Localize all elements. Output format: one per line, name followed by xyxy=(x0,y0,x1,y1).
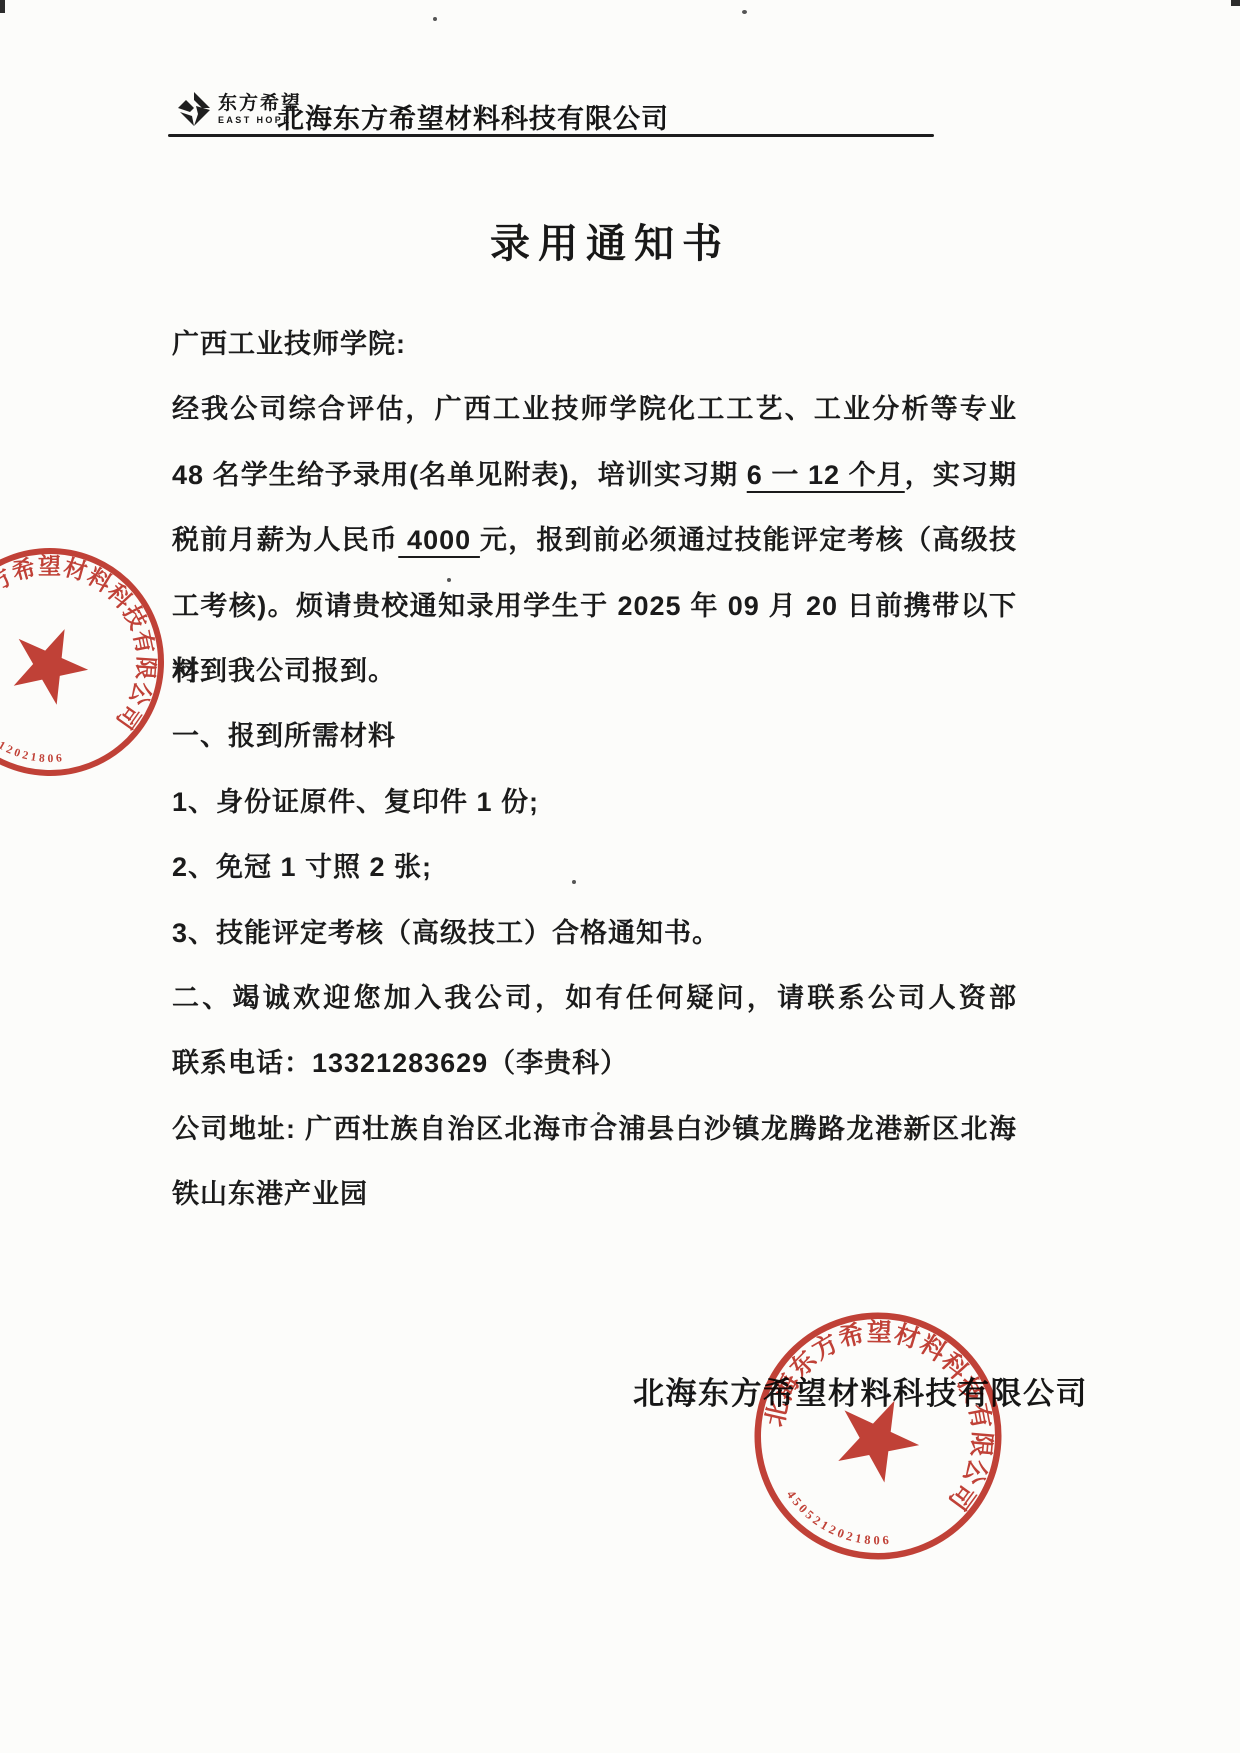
body-line: 工考核)。烦请贵校通知录用学生于 2025 年 09 月 20 日前携带以下材 xyxy=(172,574,1017,639)
body-line: 铁山东港产业园 xyxy=(172,1162,1017,1227)
scan-corner-mark xyxy=(1231,0,1240,6)
letterhead-rule xyxy=(168,134,934,137)
body-line: 48 名学生给予录用(名单见附表)，培训实习期 6 一 12 个月，实习期 xyxy=(172,443,1017,508)
underlined-text-segment: 4000 xyxy=(398,525,480,555)
scan-speck xyxy=(433,17,437,21)
body-line: 一、报到所需材料 xyxy=(172,704,1017,769)
scan-speck xyxy=(447,578,451,582)
body-line: 1、身份证原件、复印件 1 份; xyxy=(172,770,1017,835)
body-line: 广西工业技师学院: xyxy=(172,312,1017,377)
text-segment: 1、身份证原件、复印件 1 份; xyxy=(172,787,539,817)
text-segment: 铁山东港产业园 xyxy=(172,1179,368,1209)
seal-star-icon xyxy=(824,1383,932,1489)
scanned-letter-page: 东方希望 EAST HOPE 北海东方希望材料科技有限公司 录用通知书 广西工业… xyxy=(0,0,1240,1753)
body-line: 2、免冠 1 寸照 2 张; xyxy=(172,835,1017,900)
body-line: 公司地址: 广西壮族自治区北海市合浦县白沙镇龙腾路龙港新区北海 xyxy=(172,1097,1017,1162)
seal-star-icon xyxy=(0,614,99,711)
scan-speck xyxy=(597,1112,600,1115)
text-segment: 经我公司综合评估，广西工业技师学院化工工艺、工业分析等专业 xyxy=(172,394,1017,424)
body-line: 联系电话：13321283629（李贵科） xyxy=(172,1031,1017,1096)
text-segment: ，实习期 xyxy=(905,460,1017,490)
text-segment: 48 名学生给予录用(名单见附表)，培训实习期 xyxy=(172,460,747,490)
scan-corner-mark xyxy=(0,0,5,13)
letterhead: 东方希望 EAST HOPE 北海东方希望材料科技有限公司 xyxy=(0,0,1240,145)
body-line: 经我公司综合评估，广西工业技师学院化工工艺、工业分析等专业 xyxy=(172,377,1017,442)
scan-speck xyxy=(572,880,576,884)
text-segment: 税前月薪为人民币 xyxy=(172,525,398,555)
text-segment: 元，报到前必须通过技能评定考核（高级技 xyxy=(480,525,1017,555)
body-line: 料到我公司报到。 xyxy=(172,639,1017,704)
body-line: 税前月薪为人民币 4000 元，报到前必须通过技能评定考核（高级技 xyxy=(172,508,1017,573)
text-segment: 广西工业技师学院: xyxy=(172,329,406,359)
text-segment: 一、报到所需材料 xyxy=(172,721,396,751)
text-segment: 联系电话：13321283629（李贵科） xyxy=(172,1048,628,1078)
text-segment: 2、免冠 1 寸照 2 张; xyxy=(172,852,432,882)
text-segment: 公司地址: 广西壮族自治区北海市合浦县白沙镇龙腾路龙港新区北海 xyxy=(172,1114,1017,1144)
scan-speck xyxy=(742,10,747,14)
body-line: 3、技能评定考核（高级技工）合格通知书。 xyxy=(172,901,1017,966)
underlined-text-segment: 6 一 12 个月 xyxy=(747,460,905,490)
text-segment: 3、技能评定考核（高级技工）合格通知书。 xyxy=(172,918,720,948)
text-segment: 二、竭诚欢迎您加入我公司，如有任何疑问，请联系公司人资部 xyxy=(172,983,1017,1013)
letterhead-company-name: 北海东方希望材料科技有限公司 xyxy=(277,97,669,136)
company-seal-bottom: 北海东方希望材料科技有限公司 4505212021806 xyxy=(705,1263,1051,1609)
document-title: 录用通知书 xyxy=(0,212,1220,269)
body-line: 二、竭诚欢迎您加入我公司，如有任何疑问，请联系公司人资部 xyxy=(172,966,1017,1031)
east-hope-logo-icon xyxy=(176,92,212,126)
letter-body: 广西工业技师学院:经我公司综合评估，广西工业技师学院化工工艺、工业分析等专业48… xyxy=(172,312,1017,1227)
text-segment: 料到我公司报到。 xyxy=(172,656,396,686)
